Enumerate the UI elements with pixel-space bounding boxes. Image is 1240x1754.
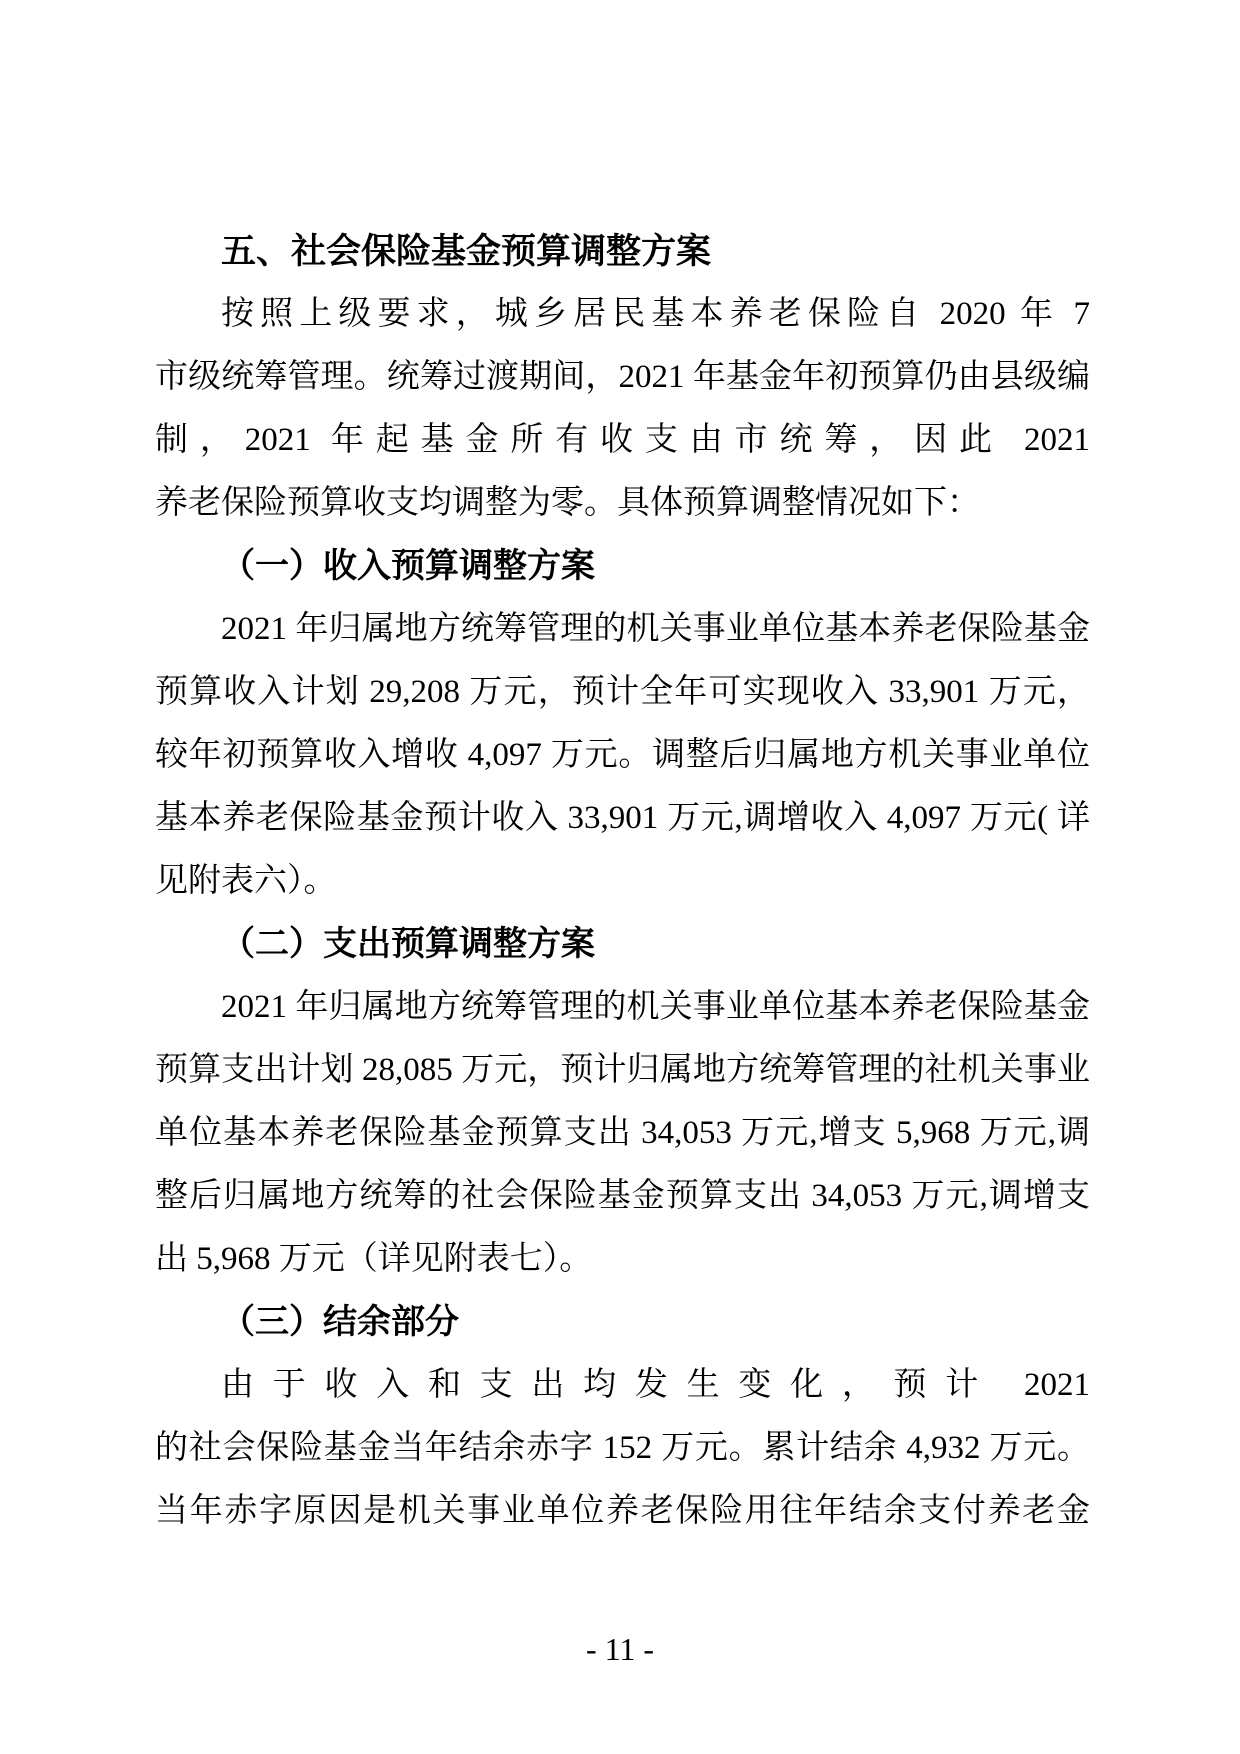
paragraph-line: 出 5,968 万元（详见附表七）。 — [155, 1228, 1090, 1291]
paragraph-line: 2021 年归属地方统筹管理的机关事业单位基本养老保险基金 — [155, 598, 1090, 661]
paragraph-income: 2021 年归属地方统筹管理的机关事业单位基本养老保险基金 预算收入计划 29,… — [155, 598, 1090, 913]
document-page: 五、社会保险基金预算调整方案 按照上级要求，城乡居民基本养老保险自 2020 年… — [0, 0, 1240, 1754]
subsection-heading-balance: （三）结余部分 — [155, 1291, 1090, 1354]
paragraph-line: 整后归属地方统筹的社会保险基金预算支出 34,053 万元,调增支 — [155, 1165, 1090, 1228]
paragraph-intro: 按照上级要求，城乡居民基本养老保险自 2020 年 7 月起执行 市级统筹管理。… — [155, 283, 1090, 535]
paragraph-balance: 由于收入和支出均发生变化，预计 2021 年归属地方统筹管理 的社会保险基金当年… — [155, 1354, 1090, 1543]
paragraph-line: 养老保险预算收支均调整为零。具体预算调整情况如下： — [155, 472, 1090, 535]
paragraph-line: 当年赤字原因是机关事业单位养老保险用往年结余支付养老金 — [155, 1480, 1090, 1543]
paragraph-line: 2021 年归属地方统筹管理的机关事业单位基本养老保险基金 — [155, 976, 1090, 1039]
paragraph-line: 的社会保险基金当年结余赤字 152 万元。累计结余 4,932 万元。 — [155, 1417, 1090, 1480]
section-title: 五、社会保险基金预算调整方案 — [155, 220, 1090, 283]
paragraph-line: 按照上级要求，城乡居民基本养老保险自 2020 年 7 月起执行 — [155, 283, 1090, 346]
subsection-heading-expenditure: （二）支出预算调整方案 — [155, 913, 1090, 976]
page-number: - 11 - — [0, 1618, 1240, 1681]
paragraph-line: 市级统筹管理。统筹过渡期间，2021 年基金年初预算仍由县级编 — [155, 346, 1090, 409]
paragraph-line: 由于收入和支出均发生变化，预计 2021 年归属地方统筹管理 — [155, 1354, 1090, 1417]
subsection-heading-income: （一）收入预算调整方案 — [155, 535, 1090, 598]
paragraph-line: 基本养老保险基金预计收入 33,901 万元,调增收入 4,097 万元( 详 — [155, 787, 1090, 850]
paragraph-line: 预算支出计划 28,085 万元，预计归属地方统筹管理的社机关事业 — [155, 1039, 1090, 1102]
paragraph-line: 单位基本养老保险基金预算支出 34,053 万元,增支 5,968 万元,调 — [155, 1102, 1090, 1165]
paragraph-line: 预算收入计划 29,208 万元，预计全年可实现收入 33,901 万元， — [155, 661, 1090, 724]
paragraph-line: 见附表六）。 — [155, 850, 1090, 913]
paragraph-expenditure: 2021 年归属地方统筹管理的机关事业单位基本养老保险基金 预算支出计划 28,… — [155, 976, 1090, 1291]
paragraph-line: 制，2021 年起基金所有收支由市统筹，因此 2021 年城乡居民基本 — [155, 409, 1090, 472]
document-body: 五、社会保险基金预算调整方案 按照上级要求，城乡居民基本养老保险自 2020 年… — [155, 220, 1090, 1543]
paragraph-line: 较年初预算收入增收 4,097 万元。调整后归属地方机关事业单位 — [155, 724, 1090, 787]
